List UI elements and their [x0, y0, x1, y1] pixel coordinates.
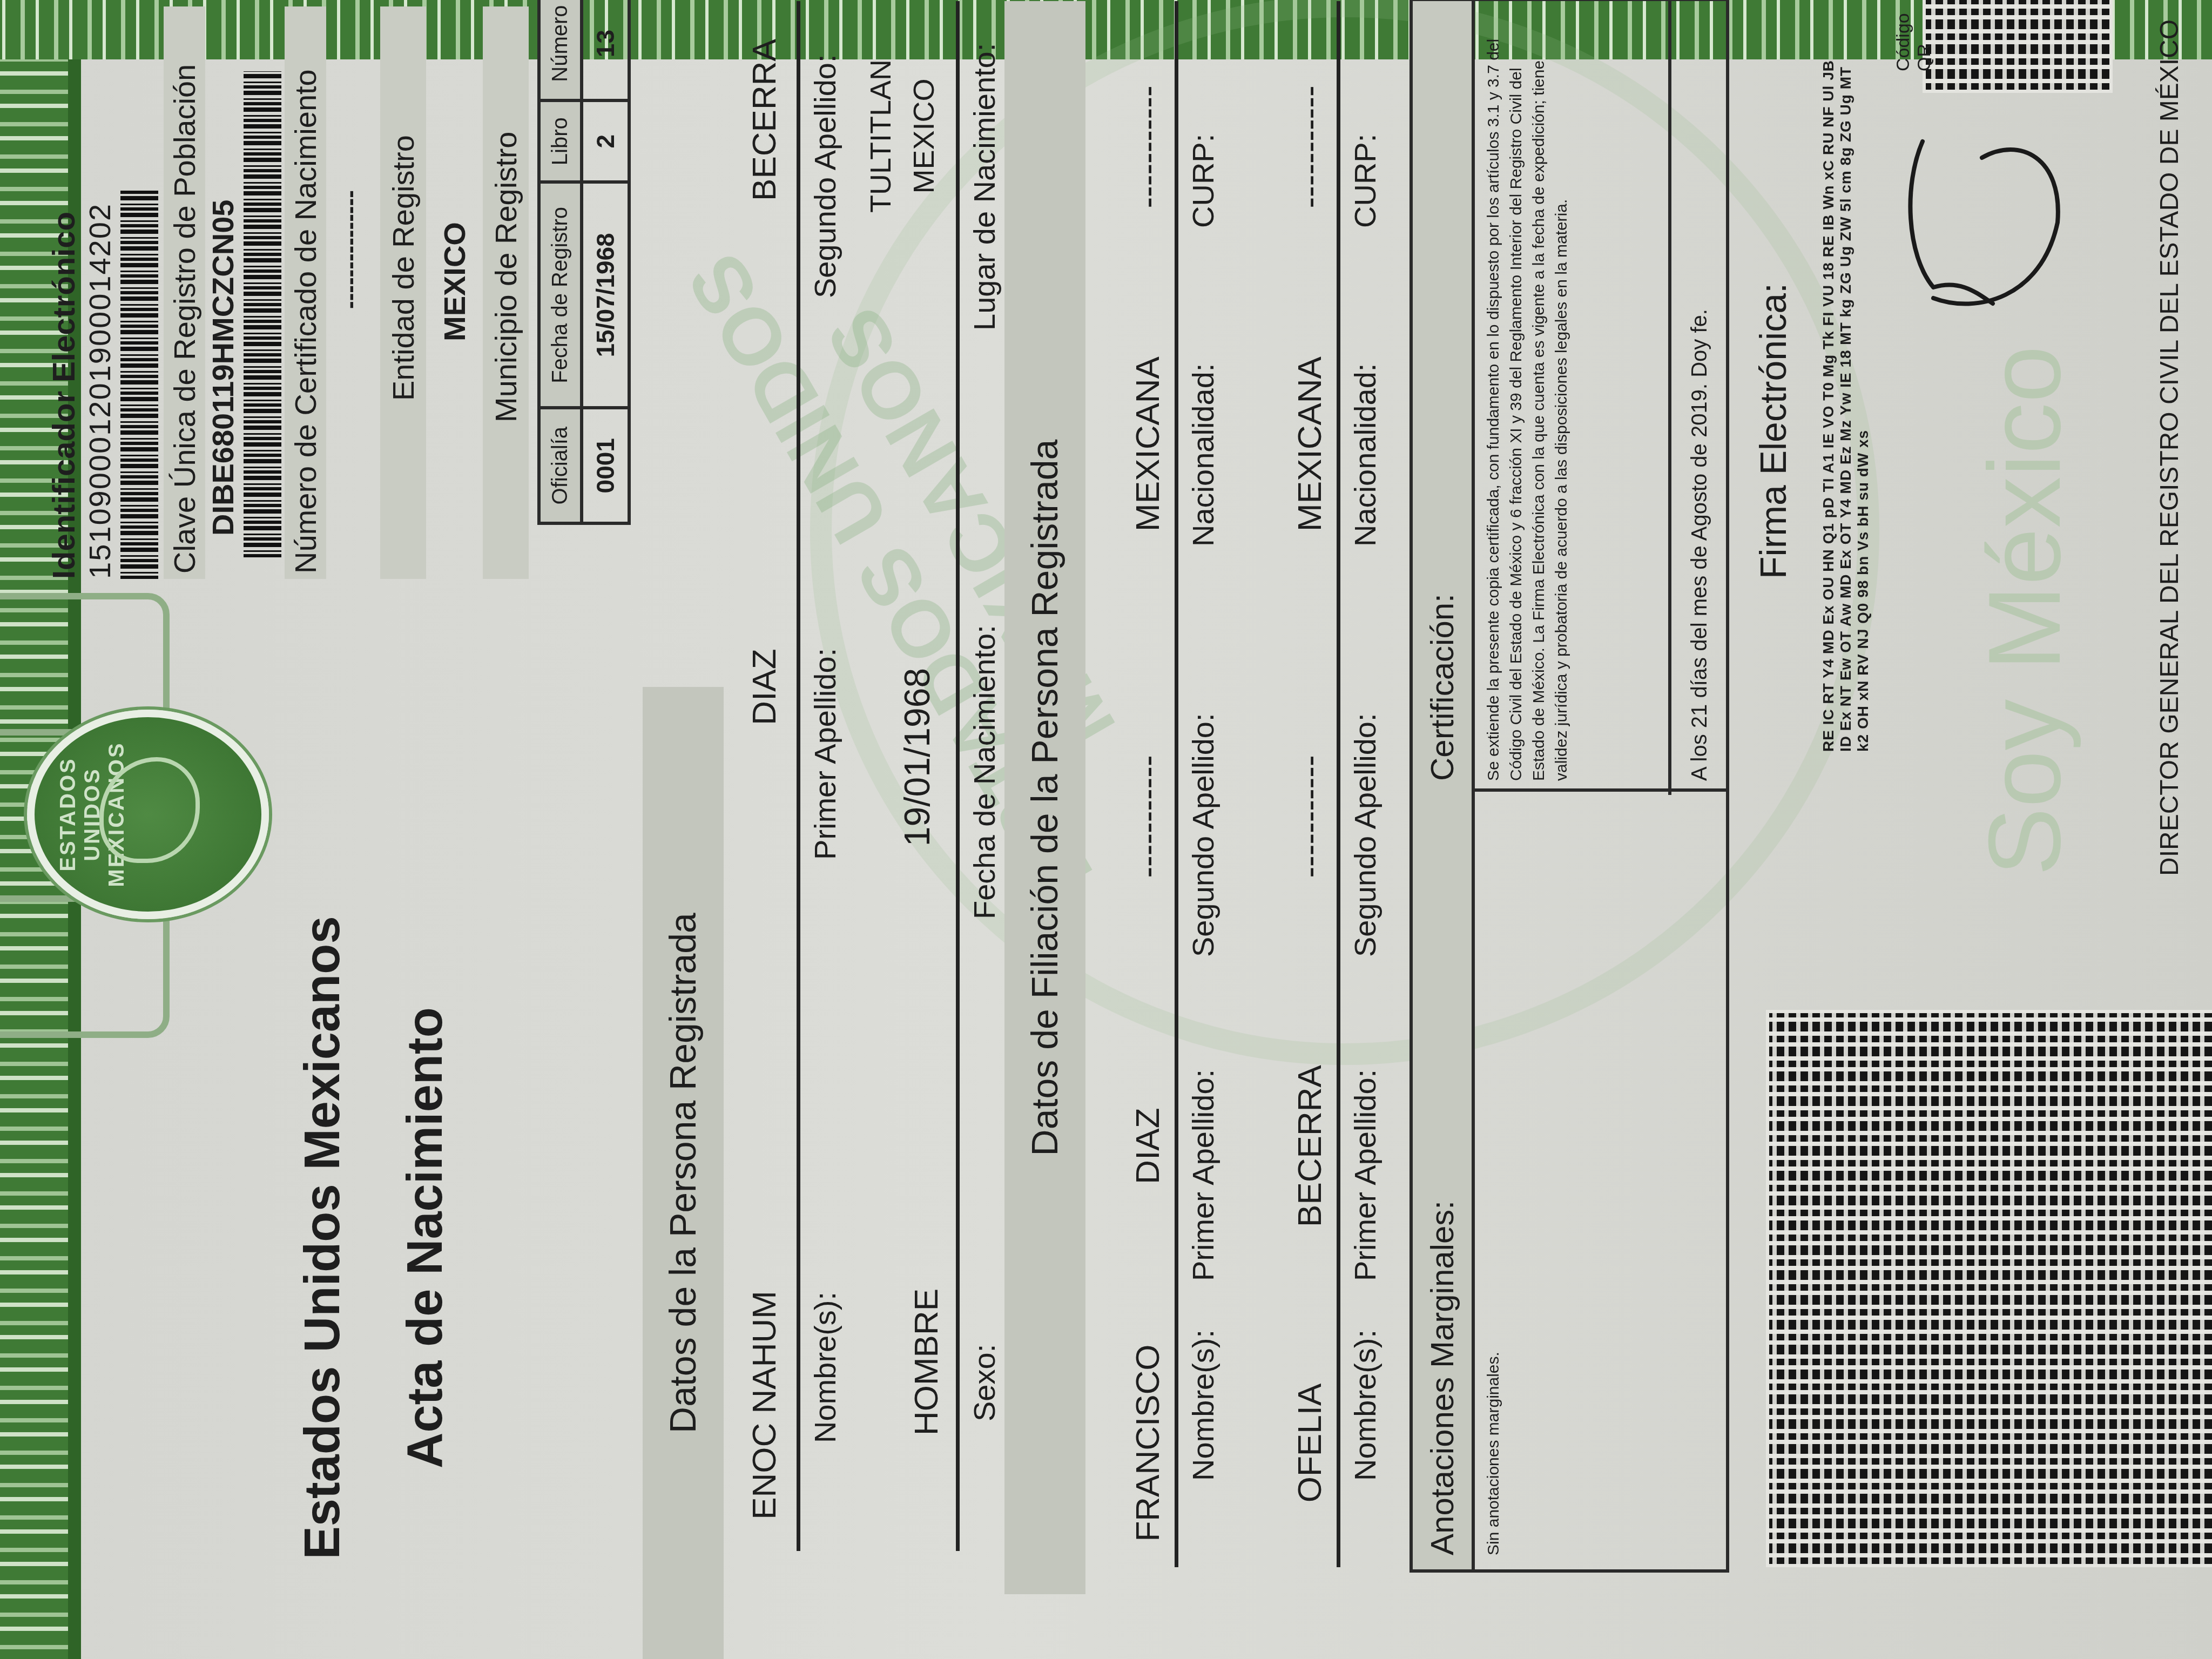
identificador-value: 151090001201900014202 [82, 6, 117, 579]
padre-curp-value: ----------- [1129, 66, 1167, 228]
col-numero: Número [539, 0, 582, 100]
cell-numero: 13 [582, 0, 629, 100]
firma-code-line: RE IC RT Y4 MD Ex OU HN Q1 pD TI A1 IE V… [1820, 0, 1837, 752]
certificacion-box: Certificación: Se extiende la presente c… [1410, 0, 1729, 795]
document-title: Acta de Nacimiento [397, 860, 454, 1616]
padre-primer-apellido-value: DIAZ [1129, 1038, 1167, 1254]
madre-curp-label: CURP: [1347, 134, 1382, 228]
persona-segundo-apellido-label: Segundo Apellido: [807, 55, 842, 299]
national-seal: ESTADOS UNIDOS MEXICANOS [27, 710, 269, 919]
persona-section-title: Datos de la Persona Registrada [643, 687, 724, 1659]
certificado-label: Número de Certificado de Nacimiento [285, 6, 326, 579]
madre-segundo-apellido-label: Segundo Apellido: [1347, 713, 1382, 957]
firma-code: RE IC RT Y4 MD Ex OU HN Q1 pD TI A1 IE V… [1820, 0, 1872, 752]
firma-title: Firma Electrónica: [1752, 39, 1795, 795]
persona-lugar-nacimiento-line2: MEXICO [907, 0, 941, 298]
padre-nacionalidad-value: MEXICANA [1129, 282, 1167, 606]
padre-nacionalidad-label: Nacionalidad: [1185, 363, 1220, 547]
persona-sexo-label: Sexo: [967, 1344, 1002, 1421]
birth-certificate-page: ESTADOS UNIDOS MEXICANOS ESTADOS UNIDOS … [0, 0, 2212, 1659]
registro-table: Oficialía Fecha de Registro Libro Número… [537, 0, 631, 525]
qr-label: Código QR [1893, 0, 1935, 71]
curp-barcode [244, 71, 281, 557]
madre-primer-apellido-label: Primer Apellido: [1347, 1069, 1382, 1281]
col-oficialia: Oficialía [539, 408, 582, 523]
anotaciones-title: Anotaciones Marginales: [1413, 792, 1475, 1569]
padre-primer-apellido-label: Primer Apellido: [1185, 1069, 1220, 1281]
firma-code-line: k2 OH xN RV NJ Q0 98 bn Vs bH su dW xs [1854, 0, 1872, 752]
soy-mexico-watermark: Soy México [1966, 282, 2083, 876]
madre-nombre-label: Nombre(s): [1347, 1330, 1382, 1481]
cell-oficialia: 0001 [582, 408, 629, 523]
municipio-label: Municipio de Registro [483, 6, 529, 579]
padre-nombre-label: Nombre(s): [1185, 1330, 1220, 1481]
identificador-label: Identificador Electrónico [46, 6, 82, 579]
persona-lugar-nacimiento-label: Lugar de Nacimiento: [967, 43, 1002, 331]
divider [1337, 1, 1340, 1567]
certificacion-text: Se extiende la presente copia certificad… [1475, 1, 1671, 795]
padre-curp-label: CURP: [1185, 134, 1220, 228]
header-block: Identificador Electrónico 15109000120190… [46, 6, 583, 579]
padre-nombre-value: FRANCISCO [1129, 1281, 1167, 1605]
padre-segundo-apellido-value: ----------- [1129, 709, 1167, 925]
madre-nacionalidad-label: Nacionalidad: [1347, 363, 1382, 547]
certificacion-fecha: A los 21 días del mes de Agosto de 2019.… [1671, 1, 1728, 795]
anotaciones-text: Sin anotaciones marginales. [1475, 792, 1513, 1569]
small-qr-code[interactable] [1923, 0, 2113, 93]
persona-nombre-label: Nombre(s): [807, 1292, 842, 1443]
persona-segundo-apellido-value: BECERRA [745, 0, 784, 282]
col-fecha-registro: Fecha de Registro [539, 182, 582, 408]
persona-fecha-nacimiento-value: 19/01/1968 [896, 595, 938, 919]
persona-fecha-nacimiento-label: Fecha de Nacimiento: [967, 625, 1002, 919]
madre-nacionalidad-value: MEXICANA [1291, 282, 1329, 606]
certificado-value: --------------- [337, 6, 364, 579]
divider [797, 1, 800, 1551]
entidad-label: Entidad de Registro [380, 6, 426, 579]
certificacion-title: Certificación: [1413, 1, 1475, 795]
filiacion-section-title: Datos de Filiación de la Persona Registr… [1004, 1, 1085, 1594]
curp-label: Clave Única de Registro de Población [164, 6, 205, 579]
firma-code-line: ID Ex NT Ew OT Aw MD Ex OT Y4 MD Ez Mz Y… [1837, 0, 1854, 752]
divider [956, 1, 960, 1551]
persona-sexo-value: HOMBRE [907, 1200, 946, 1524]
large-qr-code[interactable] [1766, 1010, 2212, 1567]
padre-segundo-apellido-label: Segundo Apellido: [1185, 713, 1220, 957]
country-title: Estados Unidos Mexicanos [294, 860, 351, 1616]
madre-nombre-value: OFELIA [1291, 1281, 1329, 1605]
registro-table-header-row: Oficialía Fecha de Registro Libro Número [539, 0, 582, 523]
registro-table-row: 0001 15/07/1968 2 13 [582, 0, 629, 523]
persona-primer-apellido-value: DIAZ [745, 525, 784, 849]
photo-background: ESTADOS UNIDOS MEXICANOS ESTADOS UNIDOS … [0, 0, 2212, 1659]
col-libro: Libro [539, 100, 582, 182]
persona-lugar-nacimiento-line1: TULTITLAN [864, 0, 898, 298]
madre-segundo-apellido-value: ----------- [1291, 709, 1329, 925]
divider [1175, 1, 1178, 1567]
curp-value: DIBE680119HMCZCN05 [205, 6, 240, 579]
anotaciones-box: Anotaciones Marginales: Sin anotaciones … [1410, 788, 1729, 1573]
persona-primer-apellido-label: Primer Apellido: [807, 648, 842, 860]
persona-nombre-value: ENOC NAHUM [745, 1216, 784, 1594]
madre-curp-value: ----------- [1291, 66, 1329, 228]
director-title: DIRECTOR GENERAL DEL REGISTRO CIVIL DEL … [2155, 0, 2184, 876]
madre-primer-apellido-value: BECERRA [1291, 1011, 1329, 1281]
cell-fecha-registro: 15/07/1968 [582, 182, 629, 408]
entidad-value: MEXICO [437, 6, 472, 579]
cell-libro: 2 [582, 100, 629, 182]
identificador-barcode [120, 190, 158, 579]
